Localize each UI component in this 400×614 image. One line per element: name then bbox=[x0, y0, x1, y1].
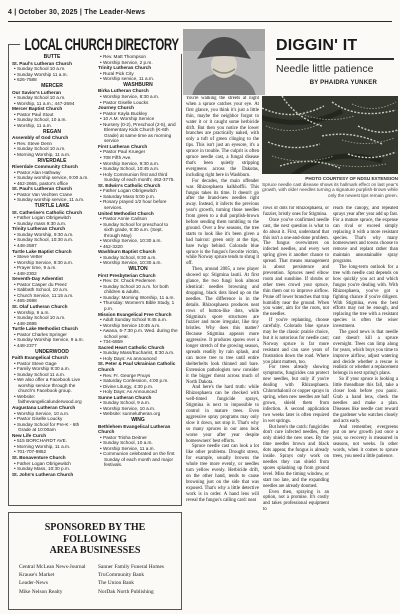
directory-entry: Website: sunnelutheran.org bbox=[98, 411, 178, 417]
sponsors-grid: Central McLean News-JournalKrause's Mark… bbox=[9, 557, 181, 597]
directory-entry: Awana, 6-7:30 p.m. Wed. during the schoo… bbox=[98, 328, 178, 339]
sponsor-name: Central McLean News-Journal bbox=[19, 563, 94, 571]
article-paragraph: For trees already showing symptoms, fung… bbox=[263, 365, 329, 424]
directory-entry: 626-7588 bbox=[12, 77, 92, 83]
kicker-rule bbox=[276, 58, 394, 60]
directory-entry: Morning Worship, 11 a.m. bbox=[12, 152, 92, 158]
article-paragraph: If you're replanting, choose carefully. … bbox=[263, 318, 329, 365]
article-byline: BY PHAIDRA YUNKER bbox=[276, 80, 377, 86]
article-paragraph: You're walking the streets at night when… bbox=[186, 96, 259, 179]
sponsors-left-column: Central McLean News-JournalKrause's Mark… bbox=[19, 563, 94, 597]
sponsor-name: NorDak North Publishing bbox=[98, 588, 173, 596]
directory-entry: Adult Sunday School 9:45 a.m. bbox=[98, 317, 178, 323]
directory-entry: Rosary prayed 1/2 hour before services. bbox=[98, 199, 178, 210]
church-directory-title-wrap: LOCAL CHURCH DIRECTORY bbox=[9, 36, 181, 54]
directory-entry: St. Peter & Paul Ukrainian Catholic Chur… bbox=[98, 361, 178, 372]
photo-caption: Spruce needle cast disease shows its hal… bbox=[262, 182, 398, 198]
sponsors-title-line: SPONSORED BY THE bbox=[9, 522, 181, 534]
sponsor-name: Sanner Family Funeral Homes bbox=[98, 563, 173, 571]
church-directory: LOCAL CHURCH DIRECTORY BUTTESt. Paul's L… bbox=[8, 44, 182, 506]
photo-credit: PHOTO COURTESY OF NDSU EXTENSION bbox=[262, 176, 398, 181]
article-paragraph: The long-term outlook for a tree with ne… bbox=[333, 265, 398, 330]
directory-entry: Thursday: Women's Bible Study, 1 p.m. bbox=[98, 300, 178, 311]
directory-entry: Website: faithevangelicalunderwood.org bbox=[12, 394, 92, 405]
sponsor-name: Leader-News bbox=[19, 579, 94, 587]
author-photo-image bbox=[183, 29, 265, 95]
directory-entry: Sunday School for preschool to sixth gra… bbox=[98, 222, 178, 239]
sponsor-name: The Union Bank bbox=[98, 579, 173, 587]
sponsors-title: SPONSORED BY THE FOLLOWING AREA BUSINESS… bbox=[9, 522, 181, 557]
page-header: 4 | October 30, 2025 | The Leader-News bbox=[8, 9, 145, 16]
church-directory-column-2: Rev. Matt ThompsonWorship Service, 2 p.m… bbox=[95, 54, 181, 502]
directory-entry: Sunday worship service, 11 a.m. bbox=[12, 197, 92, 203]
directory-entry: Communion celebrated on the first Sunday… bbox=[98, 451, 178, 468]
sponsors-title-line: FOLLOWING bbox=[9, 534, 181, 546]
article-paragraph: The good news is that needle cast doesn'… bbox=[333, 330, 398, 377]
directory-entry: Saturday Confession, 4:00 p.m. bbox=[98, 378, 178, 384]
church-directory-columns: BUTTESt. Paul's Lutheran ChurchSunday Sc… bbox=[9, 45, 181, 502]
spruce-photo-image bbox=[262, 96, 398, 174]
directory-entry: Sunday Worship Service, 9 a.m. bbox=[12, 337, 92, 343]
article-paragraph: Once you've confirmed needle cast, the n… bbox=[263, 218, 329, 318]
header-rule bbox=[8, 21, 392, 22]
directory-entry: St. John's Lutheran Church bbox=[12, 472, 92, 478]
article-paragraph: But here's the catch: fungicides don't c… bbox=[263, 425, 329, 490]
sponsors-box: SPONSORED BY THE FOLLOWING AREA BUSINESS… bbox=[8, 512, 182, 610]
directory-entry: Nursery (0-2), Preschool (2-5), and Elem… bbox=[98, 122, 178, 144]
directory-entry: Sunday worship service, 9:00 a.m. bbox=[12, 175, 92, 181]
article-paragraph: Spruce needle cast can look a lot like o… bbox=[186, 444, 259, 503]
article-paragraph: For decades, the main offender was Rhizo… bbox=[186, 179, 259, 268]
article-paragraph: Then, around 2005, a new player showed u… bbox=[186, 267, 259, 385]
sponsors-right-column: Sanner Family Funeral HomesTruCommunity … bbox=[98, 563, 173, 597]
column-kicker: DIGGIN' IT bbox=[276, 37, 397, 55]
directory-entry: Worship Service, 10:30 a.m. bbox=[98, 260, 178, 266]
directory-entry: 448-2377 bbox=[12, 343, 92, 349]
church-directory-title: LOCAL CHURCH DIRECTORY bbox=[20, 35, 183, 54]
article-paragraph: And here's the hard truth: while Rhizosp… bbox=[186, 385, 259, 444]
directory-entry: Sunday School 10 a.m. for both children … bbox=[98, 284, 178, 295]
article-paragraph: So if your spruce is looking a little th… bbox=[333, 377, 398, 424]
article-headline: Needle little patience bbox=[276, 63, 397, 75]
directory-entry: Worship, 11 a.m. bbox=[12, 123, 92, 129]
spruce-photo bbox=[262, 96, 398, 174]
article-paragraph: rows of dots for Rhizosphaera, or fuzzie… bbox=[263, 206, 329, 218]
sponsor-name: Krause's Market bbox=[19, 571, 94, 579]
directory-entry: Holy Communion first and third Sunday of… bbox=[98, 172, 178, 183]
sponsor-name: TruCommunity Bank bbox=[98, 571, 173, 579]
article-column-2: rows of dots for Rhizosphaera, or fuzzie… bbox=[263, 206, 329, 614]
article-paragraph: reach the canopy, and repeated sprays ye… bbox=[333, 206, 398, 265]
article-column-3: reach the canopy, and repeated sprays ye… bbox=[333, 206, 398, 614]
church-directory-column-1: BUTTESt. Paul's Lutheran ChurchSunday Sc… bbox=[9, 54, 95, 502]
article-column-1: You're walking the streets at night when… bbox=[186, 96, 259, 614]
author-photo bbox=[183, 29, 265, 95]
directory-entry: Sunday School for Pre-K - 6th Grade at 1… bbox=[12, 422, 92, 433]
article-paragraph: And remember, evergreens put on new grow… bbox=[333, 425, 398, 460]
sponsors-title-line: AREA BUSINESSES bbox=[9, 545, 181, 557]
sponsor-name: Mike Nelson Realty bbox=[19, 588, 94, 596]
directory-entry: Bethlehem Evangelical Lutheran Church bbox=[98, 424, 178, 435]
article-paragraph: Even then, spraying is an option, not a … bbox=[263, 490, 329, 514]
directory-entry: Worship service, 11 a.m. bbox=[98, 76, 178, 82]
directory-entry: We also offer a Facebook Live worship se… bbox=[12, 377, 92, 394]
